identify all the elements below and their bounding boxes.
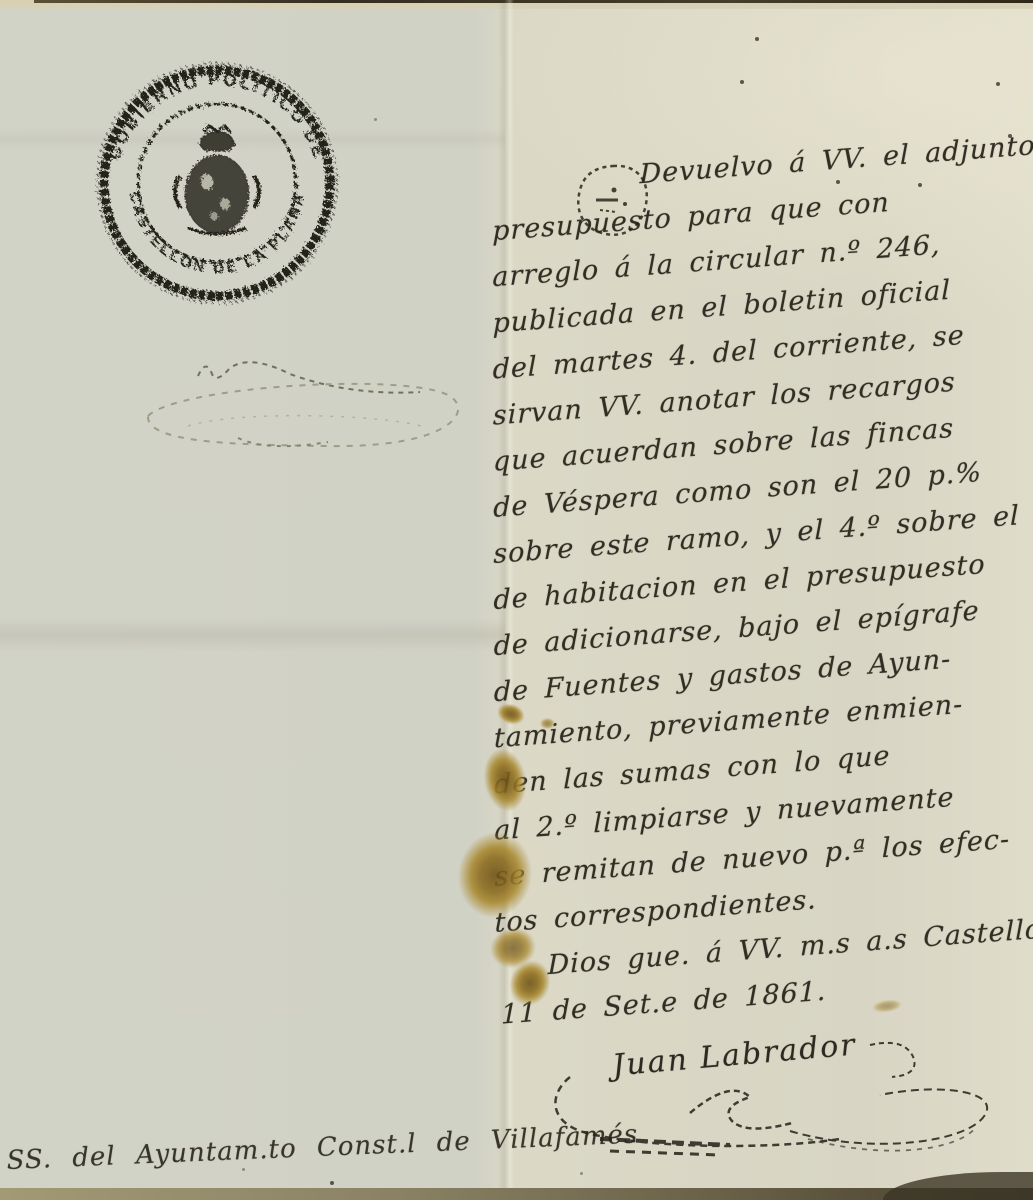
marginal-signature-flourish [128, 330, 488, 490]
scanned-letter-page: GOBIERNO POLITICO DE CASTELLON DE LA PLA… [0, 0, 1033, 1200]
scan-corner-shadow [883, 1172, 1033, 1200]
official-seal-stamp: GOBIERNO POLITICO DE CASTELLON DE LA PLA… [92, 58, 342, 308]
letter-body-handwriting: Devuelvo á VV. el adjuntopresupuesto par… [492, 123, 1033, 1046]
paper-speck [242, 1168, 245, 1171]
scan-top-edge-line [34, 0, 1033, 3]
paper-speck [1008, 134, 1012, 138]
paper-speck [918, 183, 922, 187]
paper-speck [996, 82, 1000, 86]
scan-bottom-edge [0, 1188, 1033, 1200]
paper-speck [755, 37, 759, 41]
paper-speck [740, 80, 744, 84]
ink-stain [540, 718, 555, 729]
seal-graphic: GOBIERNO POLITICO DE CASTELLON DE LA PLA… [92, 58, 342, 308]
paper-speck [630, 550, 633, 553]
paper-speck [836, 180, 840, 184]
seal-coat-of-arms [175, 126, 259, 234]
paper-speck [374, 118, 377, 121]
paper-speck [580, 1172, 583, 1175]
signature-rubric-flourish [540, 1035, 1020, 1175]
paper-speck [330, 1181, 334, 1185]
horizontal-fold-crease [0, 618, 505, 652]
